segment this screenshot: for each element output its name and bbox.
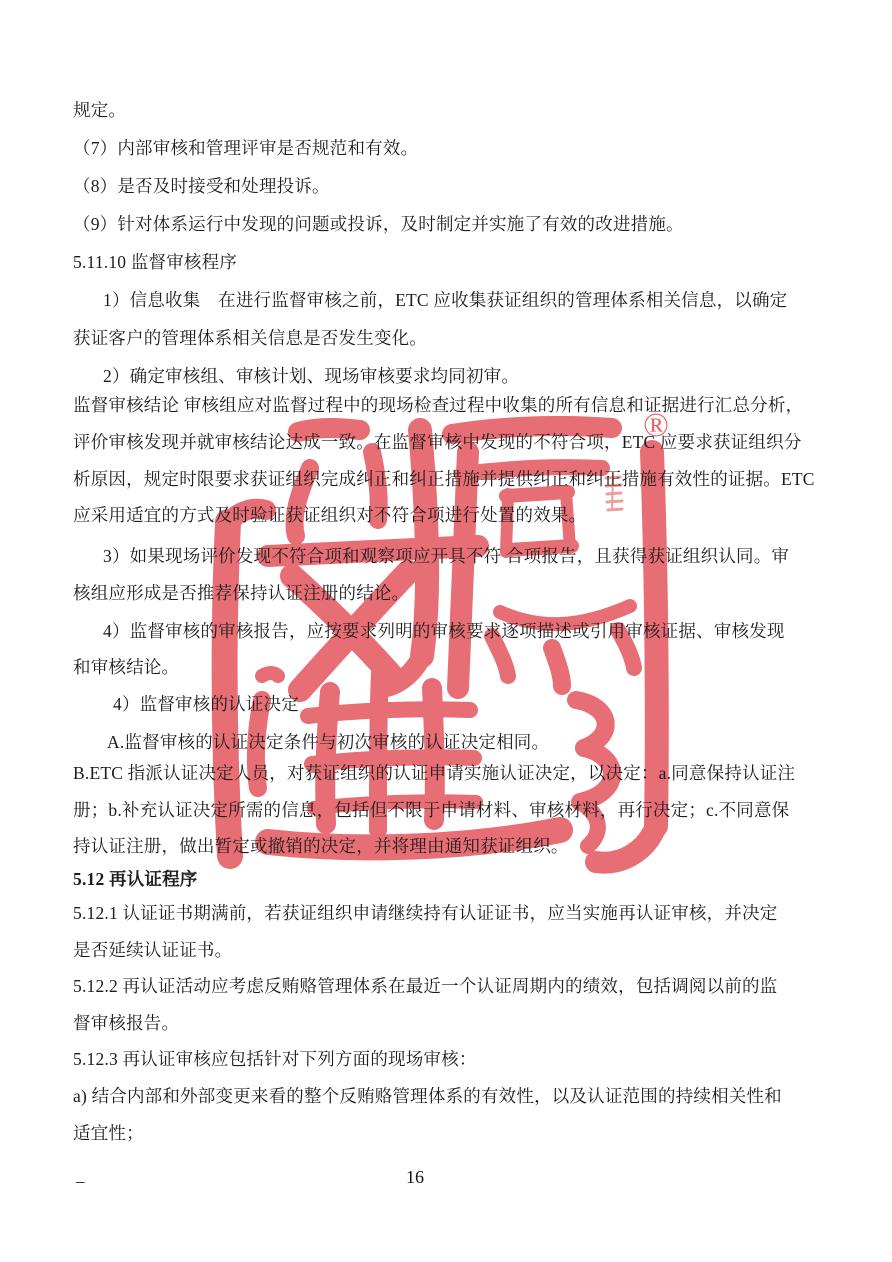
text-line: 获证客户的管理体系相关信息是否发生变化。 bbox=[73, 319, 821, 357]
text-line: 督审核报告。 bbox=[73, 1004, 821, 1042]
text-line: 册；b.补充认证决定所需的信息，包括但不限于申请材料、审核材料，再行决定；c.不… bbox=[73, 791, 821, 829]
text-line: 1）信息收集 在进行监督审核之前，ETC 应收集获证组织的管理体系相关信息，以确… bbox=[73, 281, 851, 319]
text-line: B.ETC 指派认证决定人员，对获证组织的认证申请实施认证决定，以决定：a.同意… bbox=[73, 754, 821, 792]
text-line: 4）监督审核的认证决定 bbox=[73, 685, 861, 723]
text-line: 5.12.2 再认证活动应考虑反贿赂管理体系在最近一个认证周期内的绩效，包括调阅… bbox=[73, 967, 821, 1005]
text-line: a) 结合内部和外部变更来看的整个反贿赂管理体系的有效性，以及认证范围的持续相关… bbox=[73, 1077, 821, 1115]
text-line: （9）针对体系运行中发现的问题或投诉，及时制定并实施了有效的改进措施。 bbox=[73, 205, 821, 243]
text-line: 和审核结论。 bbox=[73, 648, 821, 686]
text-line: 核组应形成是否推荐保持认证注册的结论。 bbox=[73, 574, 821, 612]
section-heading: 5.11.10 监督审核程序 bbox=[73, 243, 821, 281]
section-heading: 5.12 再认证程序 bbox=[73, 860, 821, 898]
text-line: 析原因，规定时限要求获证组织完成纠正和纠正措施并提供纠正和纠正措施有效性的证据。… bbox=[73, 460, 821, 498]
text-line: 是否延续认证证书。 bbox=[73, 931, 821, 969]
text-line: 规定。 bbox=[73, 91, 821, 129]
page-number: 16 bbox=[340, 1163, 490, 1191]
text-line: 4）监督审核的审核报告，应按要求列明的审核要求逐项描述或引用审核证据、审核发现 bbox=[73, 612, 851, 650]
text-line: 监督审核结论 审核组应对监督过程中的现场检查过程中收集的所有信息和证据进行汇总分… bbox=[73, 386, 821, 424]
text-line: 3）如果现场评价发现不符合项和观察项应开具不符 合项报告，且获得获证组织认同。审 bbox=[73, 537, 851, 575]
text-line: 应采用适宜的方式及时验证获证组织对不符合项进行处置的效果。 bbox=[73, 496, 821, 534]
text-line: （8）是否及时接受和处理投诉。 bbox=[73, 167, 821, 205]
text-line: 评价审核发现并就审核结论达成一致。在监督审核中发现的不符合项，ETC 应要求获证… bbox=[73, 423, 821, 461]
text-line: 5.12.1 认证证书期满前，若获证组织申请继续持有认证证书，应当实施再认证审核… bbox=[73, 894, 821, 932]
document-page: ® 规定。 （7）内部审核和管理评审是否规范和有效。 （8）是否及时接受和处理投… bbox=[0, 0, 892, 1262]
footer-underscore: _ bbox=[76, 1162, 85, 1190]
text-line: （7）内部审核和管理评审是否规范和有效。 bbox=[73, 129, 821, 167]
text-line: 适宜性； bbox=[73, 1114, 821, 1152]
text-line: 5.12.3 再认证审核应包括针对下列方面的现场审核： bbox=[73, 1040, 821, 1078]
